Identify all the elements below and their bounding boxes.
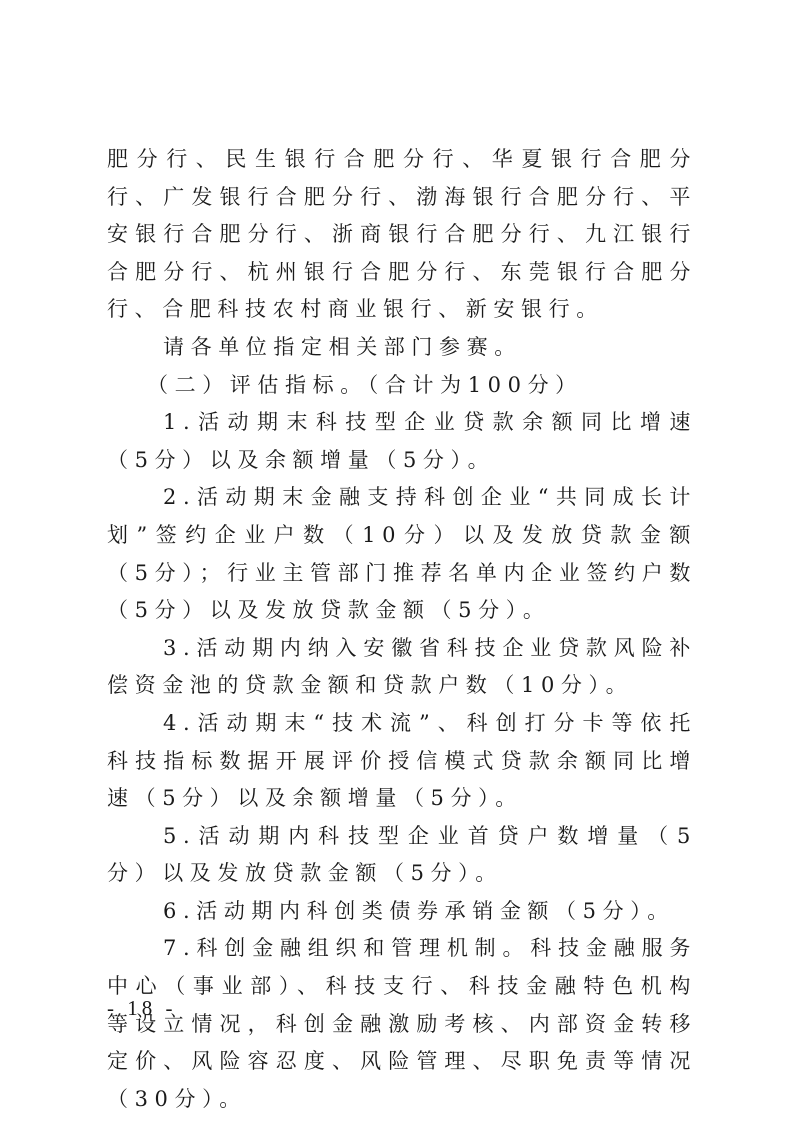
indicator-item-6: 6.活动期内科创类债券承销金额（5分）。 xyxy=(107,893,697,931)
indicator-item-2: 2.活动期末金融支持科创企业“共同成长计划”签约企业户数（10分）以及发放贷款金… xyxy=(107,479,697,629)
document-page: 肥分行、民生银行合肥分行、华夏银行合肥分行、广发银行合肥分行、渤海银行合肥分行、… xyxy=(0,0,793,1122)
participation-note: 请各单位指定相关部门参赛。 xyxy=(107,329,697,367)
bank-list-paragraph: 肥分行、民生银行合肥分行、华夏银行合肥分行、广发银行合肥分行、渤海银行合肥分行、… xyxy=(107,141,697,329)
document-body: 肥分行、民生银行合肥分行、华夏银行合肥分行、广发银行合肥分行、渤海银行合肥分行、… xyxy=(107,141,697,1118)
indicator-item-5: 5.活动期内科技型企业首贷户数增量（5分）以及发放贷款金额（5分）。 xyxy=(107,818,697,893)
indicator-item-7: 7.科创金融组织和管理机制。科技金融服务中心（事业部）、科技支行、科技金融特色机… xyxy=(107,930,697,1118)
section-heading: （二）评估指标。（合计为100分） xyxy=(107,367,697,405)
indicator-item-1: 1.活动期末科技型企业贷款余额同比增速（5分）以及余额增量（5分）。 xyxy=(107,404,697,479)
indicator-item-3: 3.活动期内纳入安徽省科技企业贷款风险补偿资金池的贷款金额和贷款户数（10分）。 xyxy=(107,630,697,705)
page-number: - 18 - xyxy=(107,996,177,1021)
indicator-item-4: 4.活动期末“技术流”、科创打分卡等依托科技指标数据开展评价授信模式贷款余额同比… xyxy=(107,705,697,818)
